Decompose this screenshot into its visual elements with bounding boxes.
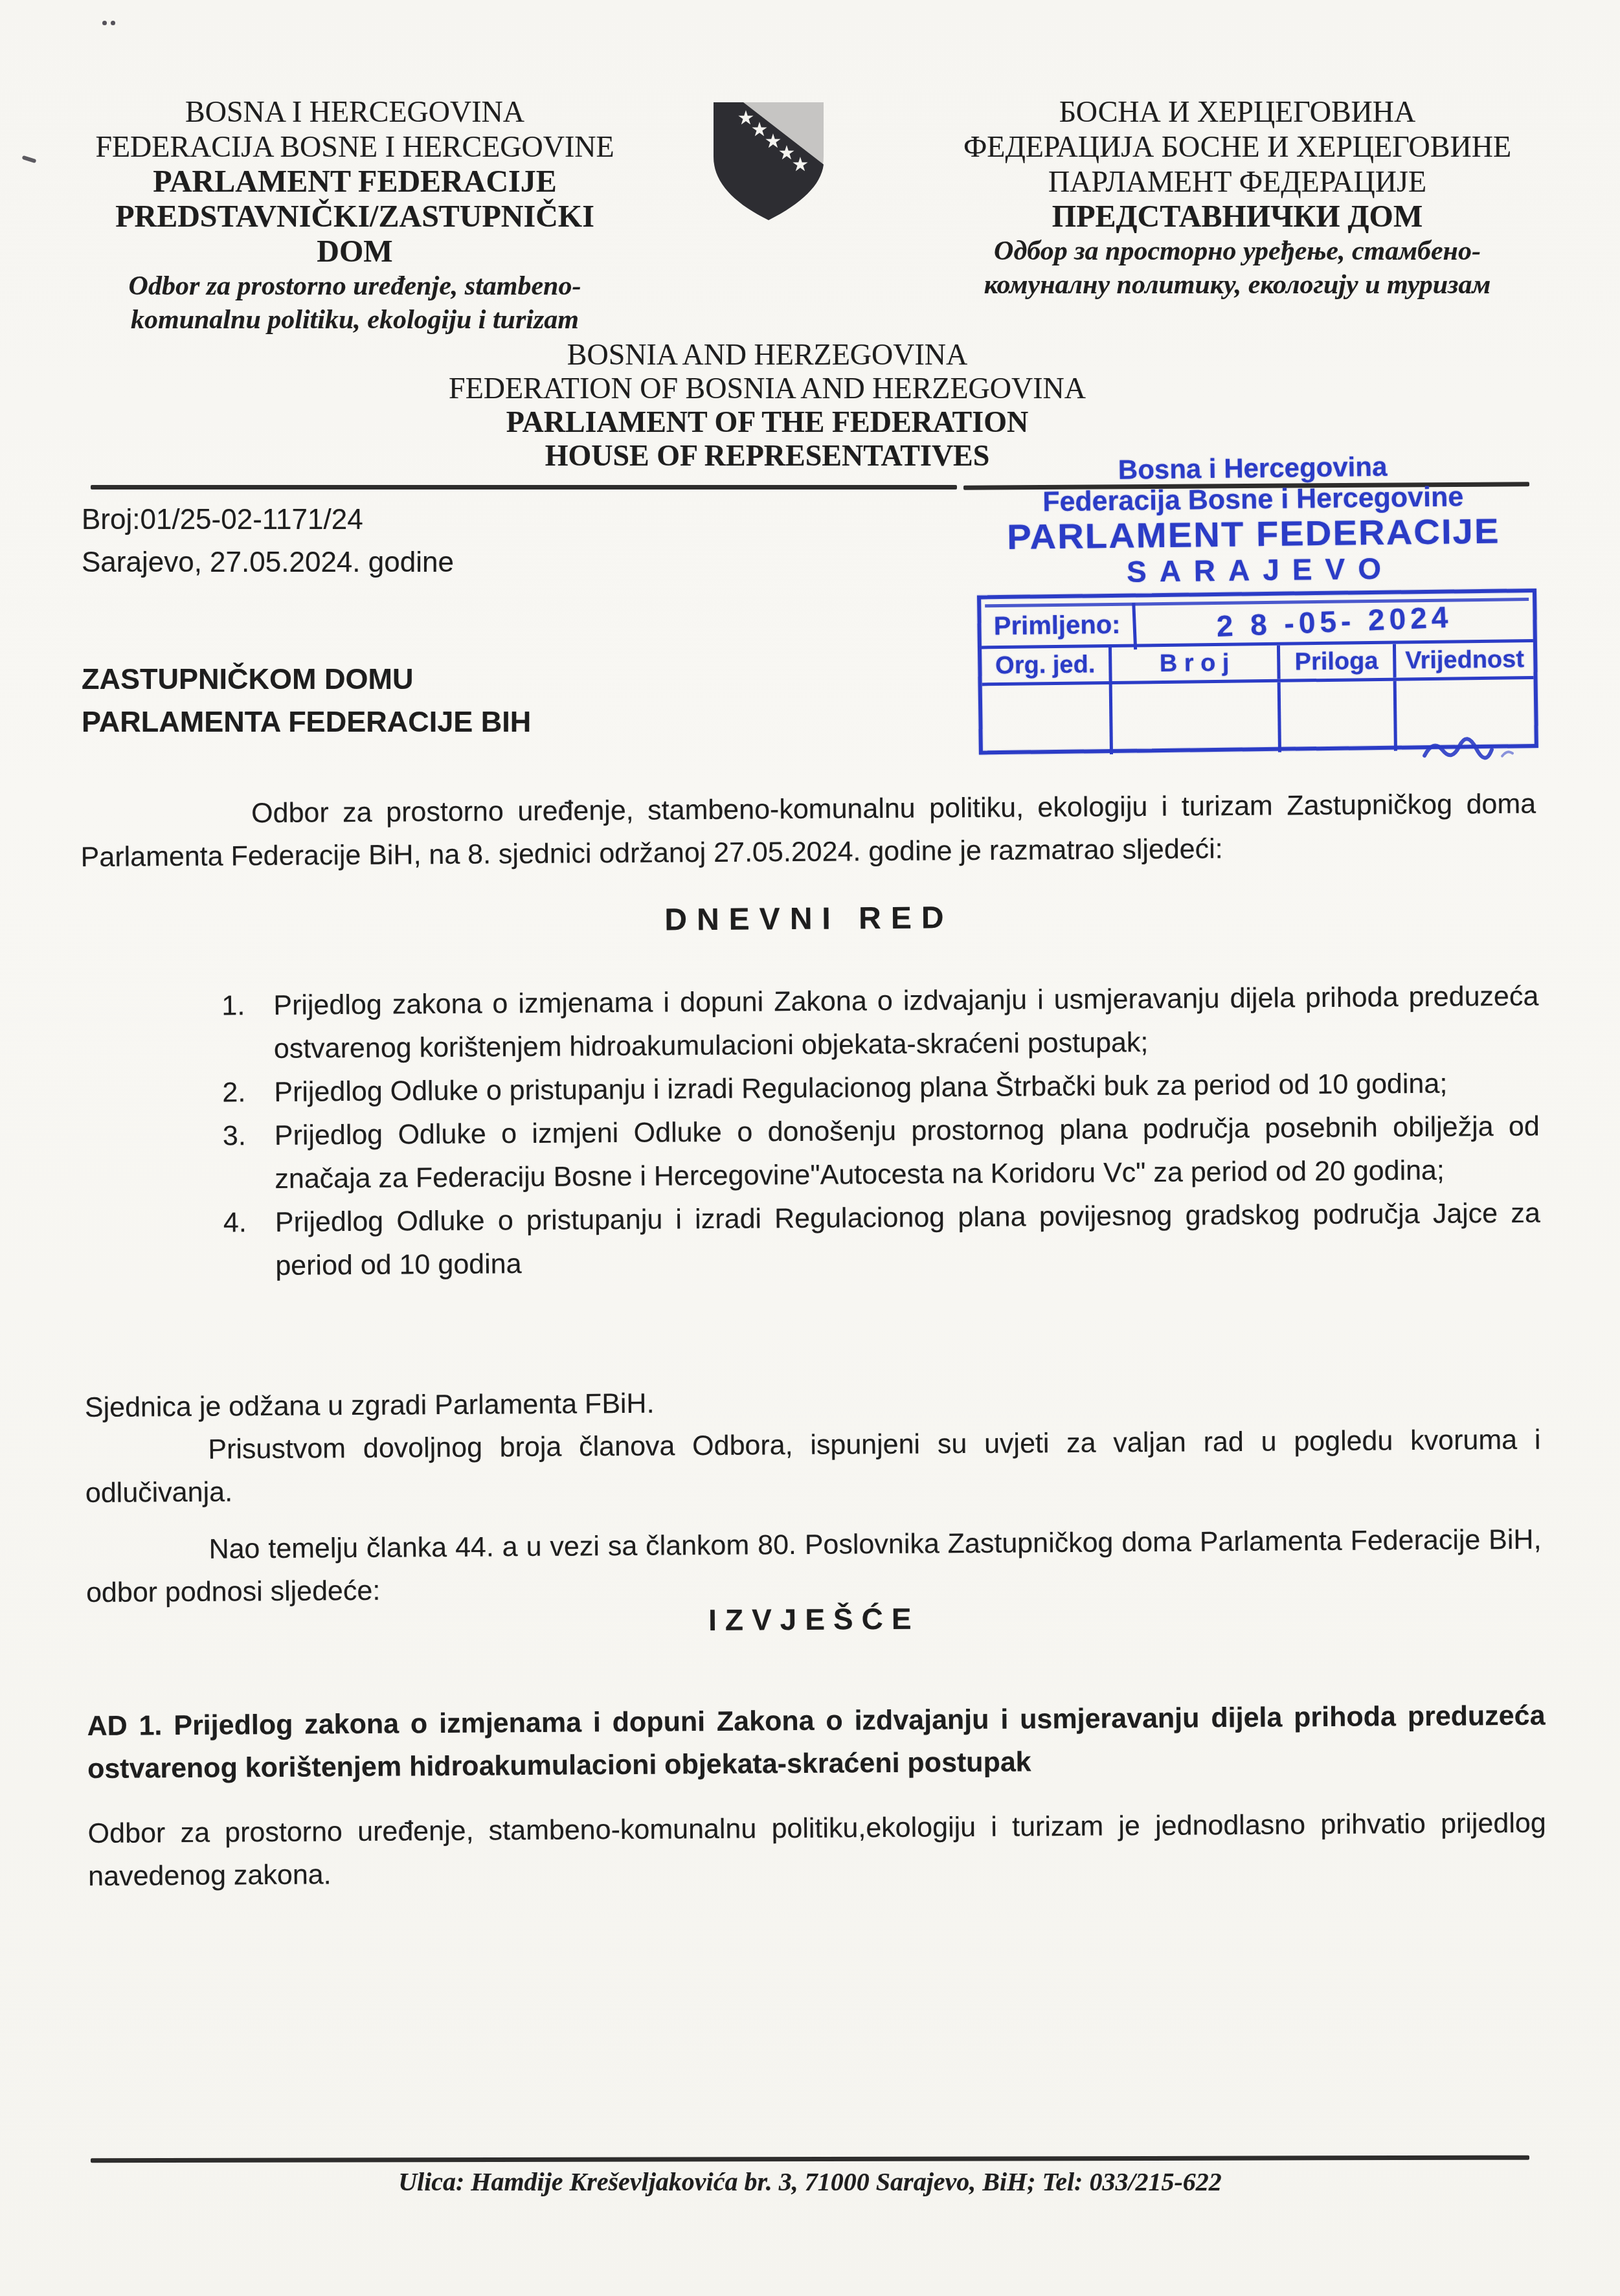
agenda-item-1: Prijedlog zakona o izmjenama i dopuni Za… — [221, 975, 1539, 1072]
scanned-document-page: BOSNA I HERCEGOVINA FEDERACIJA BOSNE I H… — [0, 0, 1620, 2296]
intro-paragraph: Odbor za prostorno uređenje, stambeno-ko… — [80, 783, 1536, 879]
agenda-item-3: Prijedlog Odluke o izmjeni Odluke o dono… — [223, 1105, 1540, 1202]
agenda-list: Prijedlog zakona o izmjenama i dopuni Za… — [221, 975, 1540, 1289]
session-paragraph-2: Prisustvom dovoljnog broja članova Odbor… — [85, 1419, 1541, 1514]
agenda-item-4: Prijedlog Odluke o pristupanju i izradi … — [223, 1192, 1541, 1289]
agenda-title: DNEVNI RED — [19, 895, 1599, 943]
ad1-paragraph: Odbor za prostorno uređenje, stambeno-ko… — [88, 1802, 1547, 1898]
ad1-heading: AD 1. Prijedlog zakona o izmjenama i dop… — [87, 1694, 1546, 1791]
footer-address: Ulica: Hamdije Kreševljakovića br. 3, 71… — [0, 2167, 1620, 2197]
document-body: Odbor za prostorno uređenje, stambeno-ko… — [0, 0, 1620, 2296]
